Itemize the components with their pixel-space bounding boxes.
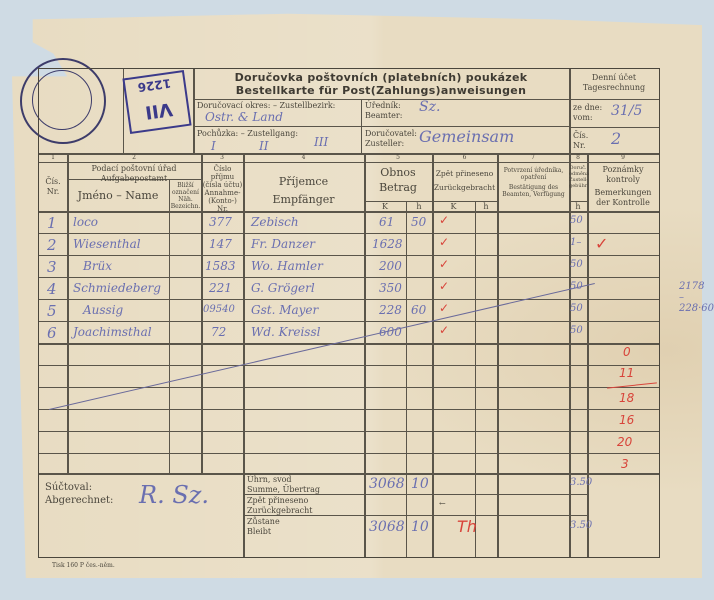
col2-name-header: Jméno – Name (67, 189, 169, 202)
row-amount-h: 50 (411, 215, 426, 229)
table-row: 3 Brüx 1583 Wo. Hamler 200 ✓ 50 (39, 256, 659, 278)
row-account: 377 (209, 215, 232, 229)
row-office: Schmiedeberg (73, 281, 161, 295)
row-fee: 50 (570, 259, 583, 270)
total-label: Úhrn, svodSumme, Übertrag (247, 475, 320, 495)
walk-value-3: III (314, 135, 328, 149)
remains-value: 3068 (369, 519, 405, 535)
signature: R. Sz. (139, 481, 209, 509)
col9-header: Poznámky kontrolyBemerkungen der Kontrol… (587, 165, 659, 208)
row-account: 1583 (205, 259, 236, 273)
col5-h: h (406, 202, 432, 212)
tally-value: 3 (621, 457, 629, 471)
check-mark-icon: ✓ (439, 323, 449, 337)
row-amount-h: 60 (411, 303, 426, 317)
table-row: 5 Aussig 09540 Gst. Mayer 228 60 ✓ 50 22… (39, 300, 659, 322)
row-office: loco (73, 215, 98, 229)
tally-value: 0 (623, 345, 631, 359)
total-value: 3068 (369, 476, 405, 492)
table-row: 6 Joachimsthal 72 Wd. Kreissl 600 ✓ 50 (39, 322, 659, 344)
col8-header: Doruč. odměna Zustell-gebühr (569, 165, 587, 189)
stamp-roman: VII (144, 98, 174, 123)
row-amount-k: 1628 (372, 237, 403, 251)
tally-value: 18 (619, 391, 634, 405)
row-fee: 50 (570, 325, 583, 336)
row-fee: 50 (570, 215, 583, 226)
tally-value: 20 (617, 435, 632, 449)
col5-k: K (364, 202, 406, 212)
col2-header: Podací poštovní úřadAufgabepostamt (67, 164, 201, 184)
remains-h: 10 (411, 519, 429, 535)
row-account: 09540 (203, 304, 235, 315)
official-value: Sz. (419, 99, 440, 115)
row-recipient: Zebisch (251, 215, 299, 229)
check-mark-icon: ✓ (439, 257, 449, 271)
margin-note-1: 2178 – (679, 281, 704, 303)
date-value: 31/5 (611, 103, 642, 119)
deliverer-label: Doručovatel:Zusteller: (365, 129, 417, 149)
row-account: 221 (209, 281, 232, 295)
col1-header: Čís.Nr. (39, 177, 67, 197)
col-num-3: 3 (201, 154, 243, 161)
col6-k: K (432, 202, 475, 212)
arrow-left-icon: ← (439, 499, 446, 509)
col-num-4: 4 (243, 154, 364, 161)
total-fee: 3.50 (570, 477, 592, 488)
stamp-box: 1226 VII (122, 70, 191, 134)
row-amount-k: 200 (379, 259, 402, 273)
total-h: 10 (411, 476, 429, 492)
check-mark-icon: ✓ (439, 235, 449, 249)
returned-label: Zpět přinesenoZurückgebracht (247, 496, 312, 516)
walk-value-2: II (259, 139, 268, 153)
stamp-number: 1226 (137, 76, 172, 95)
row-nr: 2 (47, 236, 57, 254)
tally-value: 11 (619, 366, 634, 380)
row-account: 72 (211, 325, 226, 339)
col-num-1: 1 (39, 154, 67, 161)
number-label: Čís.Nr. (573, 131, 588, 151)
row-note-check-icon: ✓ (595, 234, 608, 253)
row-fee: 50 (570, 281, 583, 292)
row-fee: 50 (570, 303, 583, 314)
row-nr: 3 (47, 258, 57, 276)
delivery-district-value: Ostr. & Land (205, 110, 283, 124)
margin-note-2: 228·60 (679, 303, 714, 314)
table-row: 4 Schmiedeberg 221 G. Grögerl 350 ✓ 50 2… (39, 278, 659, 300)
row-account: 147 (209, 237, 232, 251)
daily-account-label: Denní účetTagesrechnung (569, 73, 659, 93)
date-label: ze dne:vom: (573, 103, 602, 123)
row-amount-k: 61 (379, 215, 394, 229)
row-recipient: Gst. Mayer (251, 303, 318, 317)
row-office: Wiesenthal (73, 237, 141, 251)
remains-fee: 3.50 (570, 520, 592, 531)
row-recipient: Wo. Hamler (251, 259, 323, 273)
col-num-8: 8 (569, 154, 587, 161)
row-office: Aussig (83, 303, 123, 317)
col-num-2: 2 (67, 154, 201, 161)
col5-header: ObnosBetrag (364, 165, 432, 195)
number-value: 2 (611, 129, 621, 148)
col3-header: Číslo příjmu (čísla účtu) Annahme- (Kont… (202, 165, 243, 213)
walk-value-1: I (211, 139, 216, 153)
form-grid: Doručovka poštovních (platebních) poukáz… (38, 68, 660, 558)
row-amount-k: 600 (379, 325, 402, 339)
row-office: Brüx (83, 259, 112, 273)
table-row: 1 loco 377 Zebisch 61 50 ✓ 50 (39, 212, 659, 234)
col7-header: Potvrzení úředníka, opatřeníBestätigung … (498, 167, 569, 198)
col6-h: h (475, 202, 497, 212)
col-num-6: 6 (432, 154, 497, 161)
check-mark-icon: ✓ (439, 213, 449, 227)
print-note: Tisk 160 P čes.-něm. (52, 562, 115, 569)
col-num-9: 9 (587, 154, 659, 161)
check-mark-icon: ✓ (439, 301, 449, 315)
col-num-5: 5 (364, 154, 432, 161)
row-recipient: G. Grögerl (251, 281, 315, 295)
col-num-7: 7 (497, 154, 569, 161)
remains-label: ZůstaneBleibt (247, 517, 280, 537)
deliverer-value: Gemeinsam (419, 127, 514, 146)
title-german: Bestellkarte für Post(Zahlungs)anweisung… (193, 84, 569, 97)
row-nr: 1 (47, 214, 57, 232)
row-office: Joachimsthal (73, 325, 152, 339)
row-nr: 5 (47, 302, 57, 320)
row-amount-k: 350 (379, 281, 402, 295)
col6-header: Zpět přinesenoZurückgebracht (432, 167, 497, 195)
row-fee: 1– (570, 237, 581, 248)
row-recipient: Wd. Kreissl (251, 325, 320, 339)
accounted-label: Súčtoval:Abgerechnet: (45, 481, 113, 507)
col2-sub-header: Bližší označení Näh. Bezeichn. (170, 182, 201, 210)
red-initials: Th (457, 517, 477, 536)
col4-header: PříjemceEmpfänger (243, 173, 364, 209)
table-row: 2 Wiesenthal 147 Fr. Danzer 1628 ✓ 1– ✓ (39, 234, 659, 256)
row-amount-k: 228 (379, 303, 402, 317)
walk-label: Pochůzka: – Zustellgang: (197, 129, 298, 139)
row-recipient: Fr. Danzer (251, 237, 315, 251)
row-nr: 4 (47, 280, 57, 298)
check-mark-icon: ✓ (439, 279, 449, 293)
official-label: Úředník:Beamter: (365, 101, 402, 121)
row-nr: 6 (47, 324, 57, 342)
tally-value: 16 (619, 413, 634, 427)
title-czech: Doručovka poštovních (platebních) poukáz… (193, 71, 569, 84)
col8-h: h (569, 202, 587, 212)
